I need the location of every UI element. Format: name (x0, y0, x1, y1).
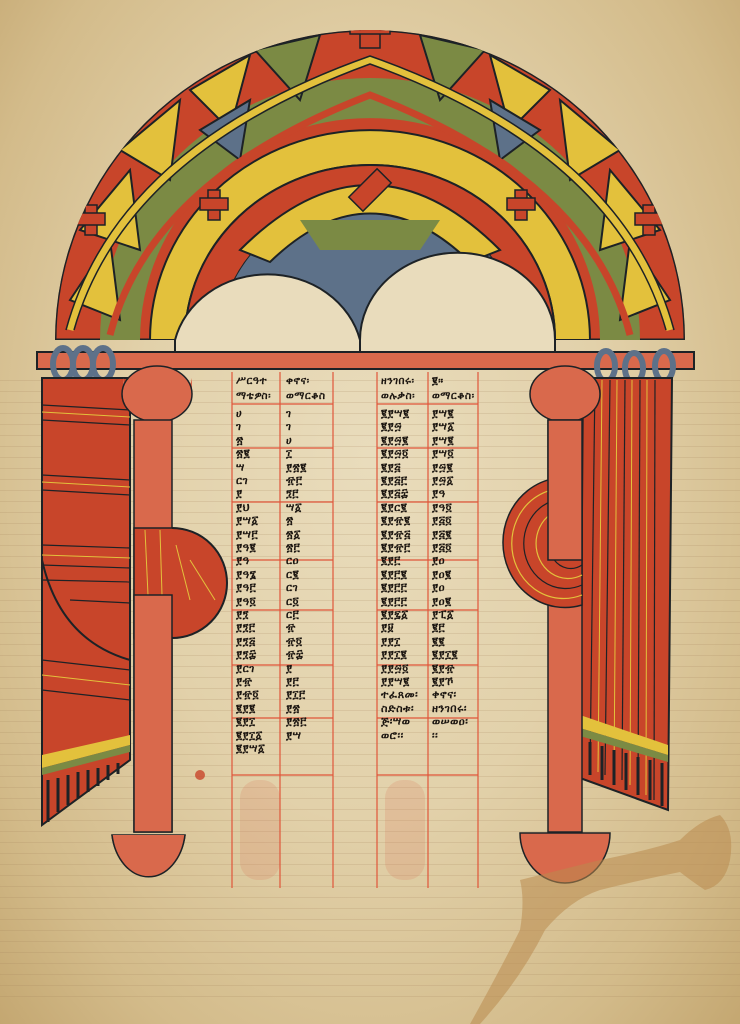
left-curtain (42, 378, 130, 825)
right-curtain (580, 378, 672, 810)
right-header-col2-line1: ፪። (432, 374, 444, 390)
left-header-col1-line2: ማቴዎስ፡ (236, 389, 271, 405)
right-header-col1-line1: ዘንገበሩ፡ (381, 374, 415, 390)
right-header-col2-line2: ወማርቆስ፡ (432, 389, 475, 405)
left-header-col2-line1: ቀኖና፡ (286, 374, 310, 390)
decorated-arch (55, 8, 685, 340)
table-entry: ፪፻ሣ፩ (236, 741, 265, 757)
table-entry: ፡፡ (432, 728, 438, 744)
manuscript-page: ሥርዓተ ማቴዎስ፡ ቀኖና፡ ወማርቆስ ዘንገበሩ፡ ወሉቃስ፡ ፪። ወማ… (0, 0, 740, 1024)
table-entry: ወሮ፡፡ (381, 728, 404, 744)
left-header-col1-line1: ሥርዓተ (236, 374, 267, 390)
illumination (0, 0, 740, 1024)
table-entry: ፻ሣ (286, 728, 302, 744)
right-header-col1-line2: ወሉቃስ፡ (381, 389, 415, 405)
left-header-col2-line2: ወማርቆስ (286, 389, 326, 405)
